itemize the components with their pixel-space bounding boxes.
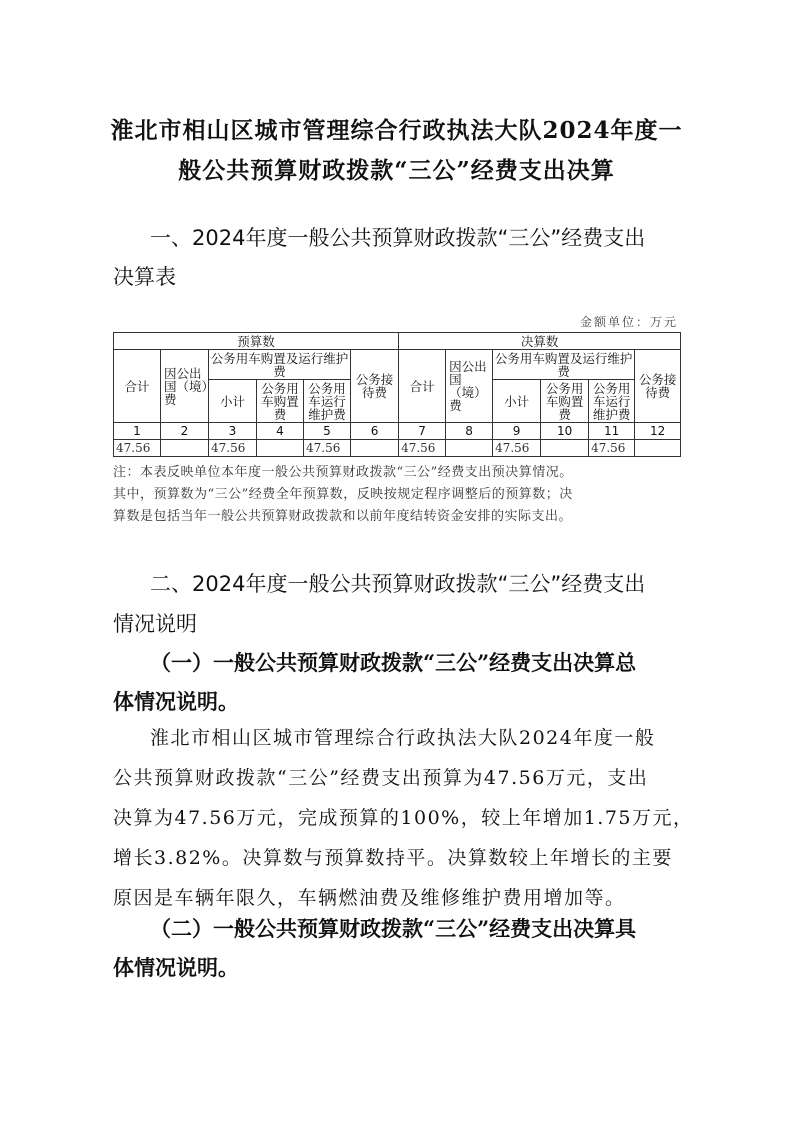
column-number: 10 (541, 423, 589, 440)
note-line: 其中，预算数为“三公”经费全年预算数，反映按规定程序调整后的预算数；决 (113, 484, 683, 506)
cell-value (257, 440, 304, 457)
header-vehicle: 公务用车购置及运行维护费 (493, 350, 635, 380)
body-line: 淮北市相山区城市管理综合行政执法大队2024年度一般 (150, 718, 655, 758)
column-number: 5 (304, 423, 351, 440)
document-title-line-2: 般公共预算财政拨款“三公”经费支出决算 (0, 152, 793, 185)
column-number: 4 (257, 423, 304, 440)
header-vehicle: 公务用车购置及运行维护费 (209, 350, 351, 380)
unit-label: 金额单位：万元 (580, 313, 678, 330)
column-number: 12 (635, 423, 681, 440)
section1-heading-line-2: 决算表 (113, 261, 176, 291)
body-line: 原因是车辆年限久，车辆燃油费及维修维护费用增加等。 (113, 878, 626, 918)
column-number: 11 (589, 423, 635, 440)
header-reception: 公务接待费 (635, 350, 681, 423)
header-vehicle-purchase: 公务用车购置费 (541, 380, 589, 423)
subsection2-heading-line-2: 体情况说明。 (113, 952, 239, 982)
section2-heading-line-2: 情况说明 (113, 608, 197, 638)
subsection2-heading-line-1: （二）一般公共预算财政拨款“三公”经费支出决算具 (150, 913, 636, 943)
cell-value: 47.56 (304, 440, 351, 457)
note-line: 注：本表反映单位本年度一般公共预算财政拨款“三公”经费支出预决算情况。 (113, 462, 683, 484)
header-total: 合计 (399, 350, 446, 423)
header-vehicle-operation: 公务用车运行维护费 (304, 380, 351, 423)
header-reception: 公务接待费 (351, 350, 399, 423)
cell-value: 47.56 (589, 440, 635, 457)
body-line: 决算为47.56万元，完成预算的100%，较上年增加1.75万元， (113, 798, 694, 838)
cell-value: 47.56 (114, 440, 161, 457)
header-vehicle-operation: 公务用车运行维护费 (589, 380, 635, 423)
section2-heading-line-1: 二、2024年度一般公共预算财政拨款“三公”经费支出 (150, 568, 645, 598)
header-total: 合计 (114, 350, 161, 423)
header-vehicle-purchase: 公务用车购置费 (257, 380, 304, 423)
table-row: 47.56 47.56 47.56 47.56 47.56 47.56 (114, 440, 681, 457)
cell-value (446, 440, 493, 457)
cell-value (635, 440, 681, 457)
cell-value (541, 440, 589, 457)
column-number: 6 (351, 423, 399, 440)
body-line: 公共预算财政拨款“三公”经费支出预算为47.56万元，支出 (113, 758, 648, 798)
column-number-row: 1 2 3 4 5 6 7 8 9 10 11 12 (114, 423, 681, 440)
cell-value (161, 440, 209, 457)
three-public-expenses-table: 预算数 决算数 合计 因公出国（境）费 公务用车购置及运行维护费 公务接待费 合… (113, 332, 681, 457)
header-abroad: 因公出国（境）费 (161, 350, 209, 423)
header-subtotal: 小计 (493, 380, 541, 423)
table-note: 注：本表反映单位本年度一般公共预算财政拨款“三公”经费支出预决算情况。 其中，预… (113, 462, 683, 528)
note-line: 算数是包括当年一般公共预算财政拨款和以前年度结转资金安排的实际支出。 (113, 506, 683, 528)
group-header-budget: 预算数 (114, 333, 399, 350)
column-number: 2 (161, 423, 209, 440)
cell-value: 47.56 (209, 440, 257, 457)
cell-value (351, 440, 399, 457)
body-line: 增长3.82%。决算数与预算数持平。决算数较上年增长的主要 (113, 838, 673, 878)
column-number: 8 (446, 423, 493, 440)
subsection1-heading-line-1: （一）一般公共预算财政拨款“三公”经费支出决算总 (150, 647, 636, 677)
document-title-line-1: 淮北市相山区城市管理综合行政执法大队2024年度一 (0, 112, 793, 145)
cell-value: 47.56 (493, 440, 541, 457)
header-abroad: 因公出国（境）费 (446, 350, 493, 423)
column-number: 3 (209, 423, 257, 440)
section1-heading-line-1: 一、2024年度一般公共预算财政拨款“三公”经费支出 (150, 222, 645, 252)
cell-value: 47.56 (399, 440, 446, 457)
header-subtotal: 小计 (209, 380, 257, 423)
subsection1-heading-line-2: 体情况说明。 (113, 686, 239, 716)
column-number: 9 (493, 423, 541, 440)
column-number: 1 (114, 423, 161, 440)
column-number: 7 (399, 423, 446, 440)
group-header-final: 决算数 (399, 333, 681, 350)
